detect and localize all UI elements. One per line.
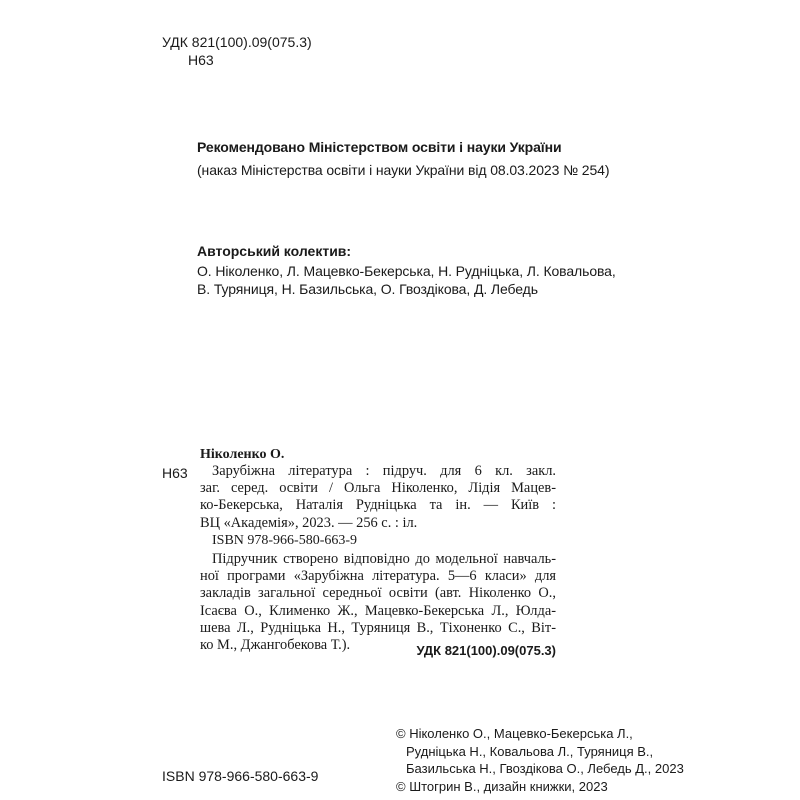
copyright-line: © Ніколенко О., Мацевко-Бекерська Л., xyxy=(396,725,684,743)
authors-line: В. Туряниця, Н. Базильська, О. Гвоздіков… xyxy=(197,280,538,298)
catalog-description: Зарубіжна література : підруч. для 6 кл.… xyxy=(200,463,556,532)
annotation-line: Ісаєва О., Клименко Ж., Мацевко-Бекерськ… xyxy=(200,603,556,620)
recommendation-title: Рекомендовано Міністерством освіти і нау… xyxy=(197,137,562,157)
recommendation-order: (наказ Міністерства освіти і науки Украї… xyxy=(197,160,609,180)
copyright-block: © Ніколенко О., Мацевко-Бекерська Л., Ру… xyxy=(396,725,684,795)
description-line: ко-Бекерська, Наталія Рудніцька та ін. —… xyxy=(200,497,556,514)
catalog-isbn: ISBN 978-966-580-663-9 xyxy=(212,532,357,549)
isbn-footer: ISBN 978-966-580-663-9 xyxy=(162,767,318,785)
authors-line: О. Ніколенко, Л. Мацевко-Бекерська, Н. Р… xyxy=(197,262,616,280)
catalog-author-heading: Ніколенко О. xyxy=(200,446,284,463)
annotation-line: ної програми «Зарубіжна література. 5—6 … xyxy=(200,568,556,585)
copyright-line: © Штогрин В., дизайн книжки, 2023 xyxy=(396,778,684,796)
catalog-udk: УДК 821(100).09(075.3) xyxy=(416,642,556,659)
catalog-cipher: Н63 xyxy=(162,465,188,482)
copyright-line: Рудніцька Н., Ковальова Л., Туряниця В., xyxy=(396,743,684,761)
author-cipher-top: Н63 xyxy=(188,51,214,69)
catalog-annotation: Підручник створено відповідно до модельн… xyxy=(200,551,556,654)
annotation-line: Підручник створено відповідно до модельн… xyxy=(200,551,556,568)
copyright-line: Базильська Н., Гвоздікова О., Лебедь Д.,… xyxy=(396,760,684,778)
annotation-line: закладів загальної середньої освіти (авт… xyxy=(200,585,556,602)
description-line: заг. серед. освіти / Ольга Ніколенко, Лі… xyxy=(200,480,556,497)
annotation-line: шева Л., Рудніцька Н., Туряниця В., Тіхо… xyxy=(200,620,556,637)
description-line: ВЦ «Академія», 2023. — 256 с. : іл. xyxy=(200,515,556,532)
authors-label: Авторський колектив: xyxy=(197,242,351,260)
description-line: Зарубіжна література : підруч. для 6 кл.… xyxy=(200,463,556,480)
udk-code-top: УДК 821(100).09(075.3) xyxy=(162,33,312,51)
